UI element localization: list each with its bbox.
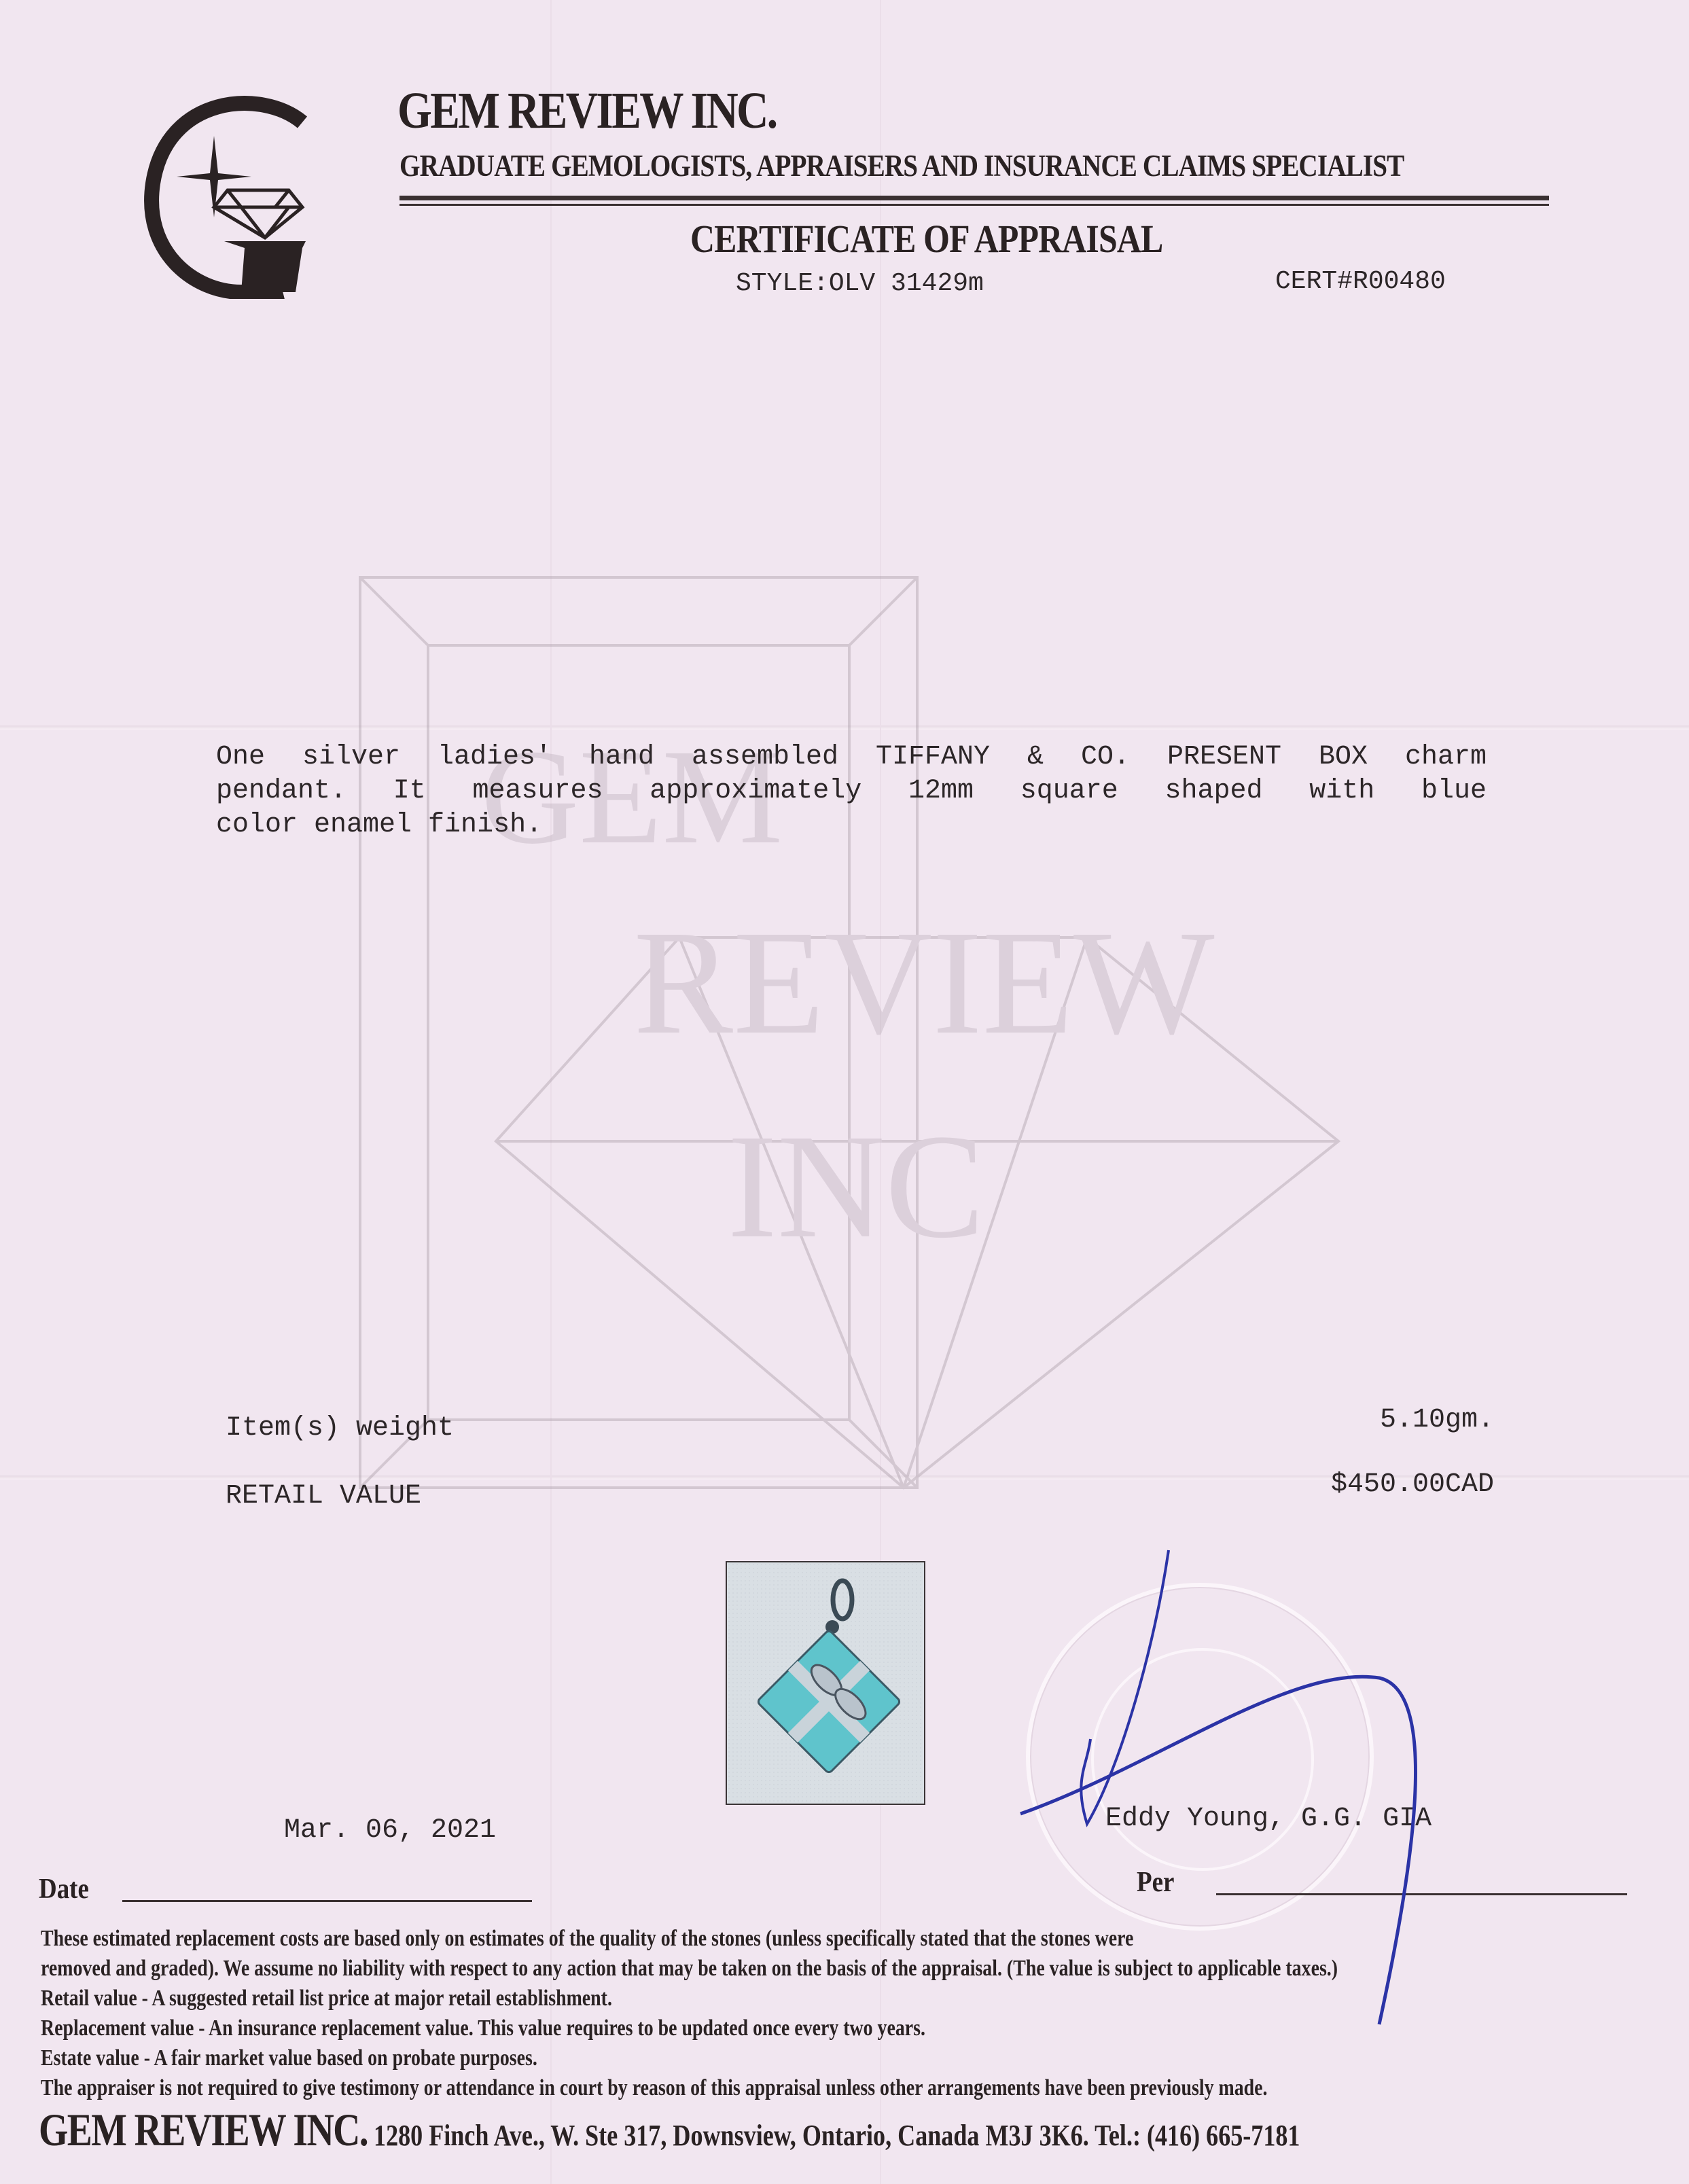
company-tagline: GRADUATE GEMOLOGISTS, APPRAISERS AND INS… [399, 148, 1404, 183]
seal-inner-ring [1091, 1648, 1314, 1871]
pendant-image-icon [727, 1562, 924, 1804]
svg-text:REVIEW: REVIEW [633, 899, 1215, 1065]
disclaimer-line: The appraiser is not required to give te… [41, 2073, 1400, 2103]
footer: GEM REVIEW INC. 1280 Finch Ave., W. Ste … [39, 2103, 1300, 2157]
retail-value-label: RETAIL VALUE [226, 1481, 421, 1511]
certificate-number: CERT#R00480 [1275, 267, 1446, 296]
disclaimer-line: These estimated replacement costs are ba… [41, 1924, 1400, 1954]
disclaimer-line: Replacement value - An insurance replace… [41, 2013, 1400, 2043]
disclaimer-line: Estate value - A fair market value based… [41, 2043, 1400, 2073]
company-name: GEM REVIEW INC. [397, 82, 776, 141]
per-label: Per [1137, 1866, 1174, 1899]
description-line: One silver ladies' hand assembled TIFFAN… [216, 740, 1487, 774]
svg-text:INC: INC [728, 1103, 985, 1269]
style-code: STYLE:OLV 31429m [736, 269, 984, 298]
date-label: Date [39, 1873, 89, 1905]
appraisal-date: Mar. 06, 2021 [284, 1815, 496, 1846]
item-photo [726, 1561, 925, 1805]
header-rule [399, 196, 1549, 200]
disclaimer: These estimated replacement costs are ba… [41, 1924, 1400, 2103]
watermark-diamond-icon: GEM REVIEW INC [340, 557, 1359, 1494]
per-signature-line [1216, 1893, 1627, 1895]
disclaimer-line: Retail value - A suggested retail list p… [41, 1984, 1400, 2013]
retail-value-amount: $450.00CAD [1331, 1469, 1494, 1500]
description-line: pendant. It measures approximately 12mm … [216, 774, 1487, 808]
certificate-title: CERTIFICATE OF APPRAISAL [690, 216, 1162, 262]
date-signature-line [122, 1900, 532, 1902]
footer-company-name: GEM REVIEW INC. [39, 2104, 368, 2155]
description-line: color enamel finish. [216, 808, 1487, 842]
footer-address: 1280 Finch Ave., W. Ste 317, Downsview, … [368, 2119, 1300, 2152]
signer-name: Eddy Young, G.G. GIA [1105, 1804, 1432, 1834]
company-logo-icon [139, 95, 323, 299]
item-description: One silver ladies' hand assembled TIFFAN… [216, 740, 1487, 842]
disclaimer-line: removed and graded). We assume no liabil… [41, 1954, 1400, 1984]
weight-label: Item(s) weight [226, 1413, 454, 1444]
weight-value: 5.10gm. [1380, 1405, 1494, 1435]
header-rule [399, 204, 1549, 206]
embossed-seal [1026, 1583, 1374, 1931]
